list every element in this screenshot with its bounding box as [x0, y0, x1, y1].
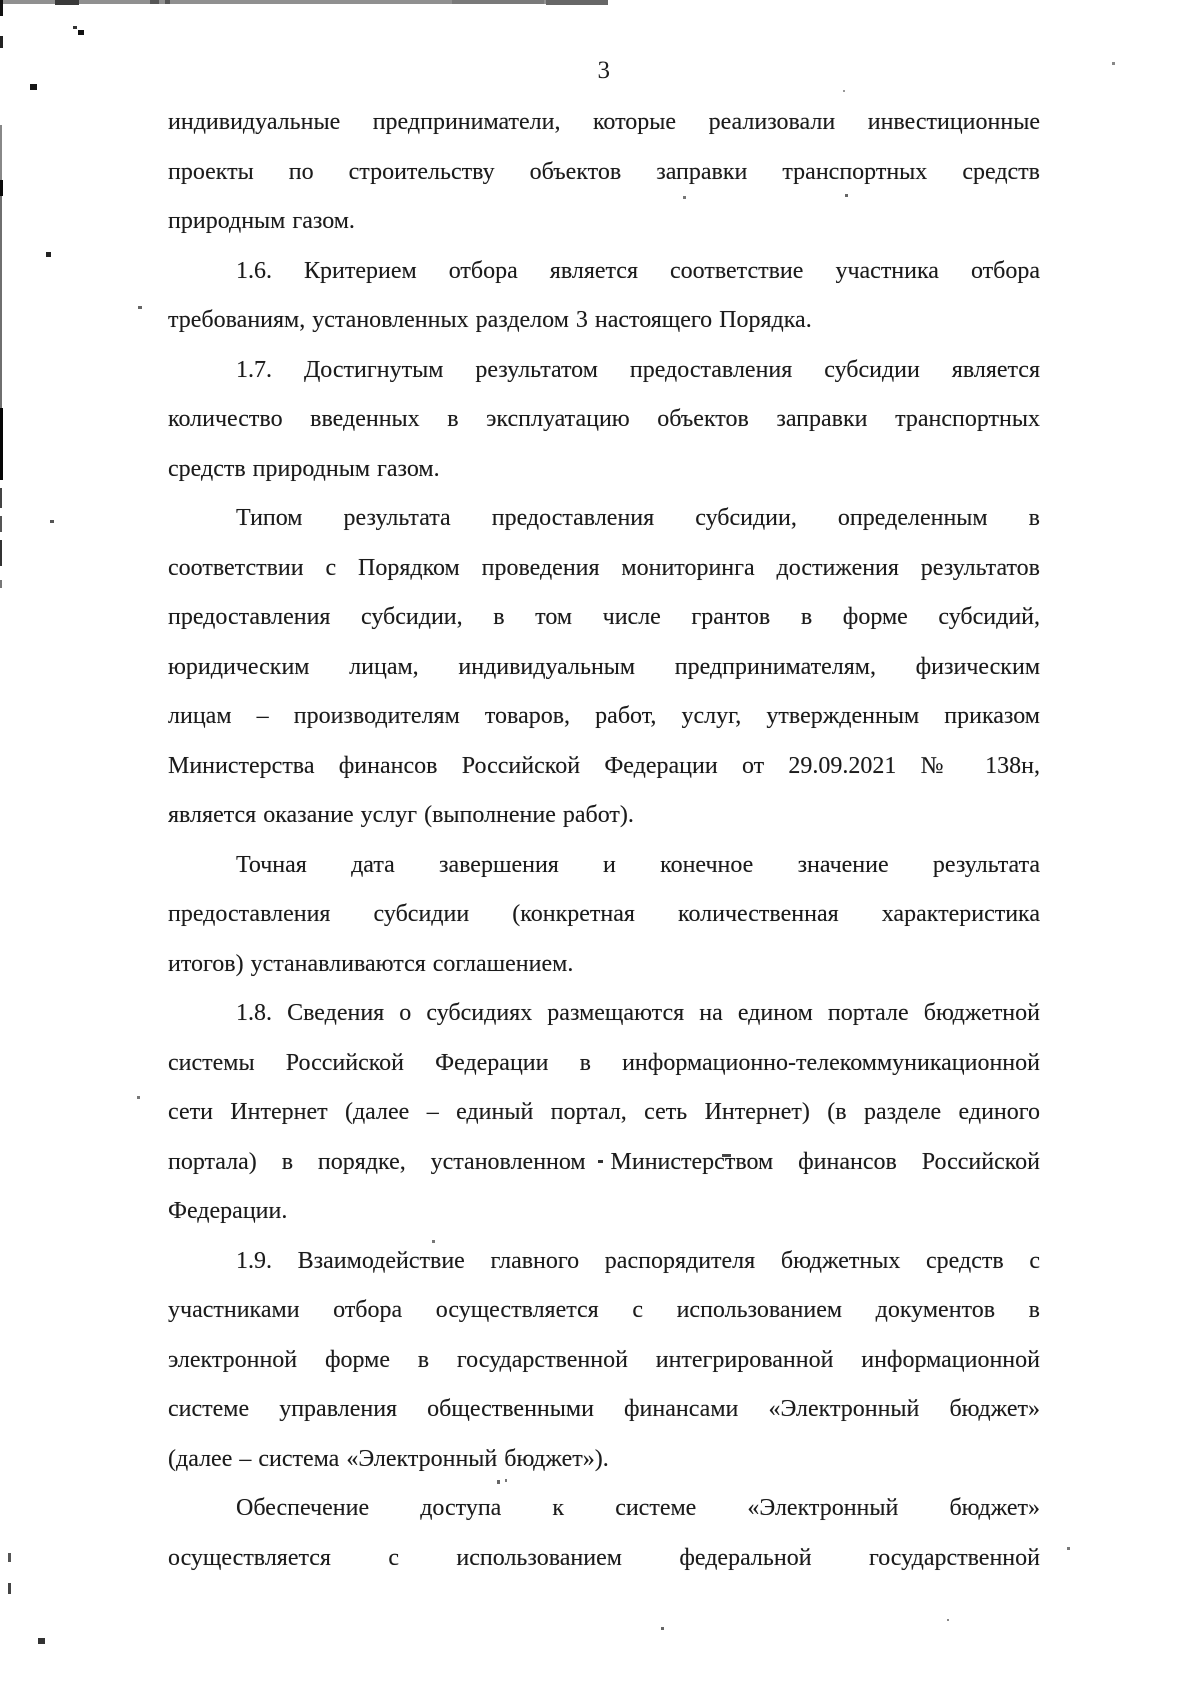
scan-artifact	[8, 1583, 11, 1594]
text-line: (далее – система «Электронный бюджет»).	[168, 1435, 1040, 1485]
text-line: проекты по строительству объектов заправ…	[168, 148, 1040, 198]
text-line: предоставления субсидии, в том числе гра…	[168, 593, 1040, 643]
text-line: электронной форме в государственной инте…	[168, 1336, 1040, 1386]
text-line: системе управления общественными финанса…	[168, 1385, 1040, 1435]
scan-artifact	[46, 252, 51, 257]
text-line: портала) в порядке, установленном Минист…	[168, 1138, 1040, 1188]
text-line: 1.7. Достигнутым результатом предоставле…	[168, 346, 1040, 396]
scan-artifact	[452, 0, 544, 4]
scan-artifact	[0, 196, 2, 408]
text-line: является оказание услуг (выполнение рабо…	[168, 791, 1040, 841]
text-line: индивидуальные предприниматели, которые …	[168, 98, 1040, 148]
scan-artifact	[78, 30, 84, 35]
scan-artifact	[947, 1619, 949, 1621]
scanned-document-page: 3 индивидуальные предприниматели, которы…	[0, 0, 1200, 1697]
scan-artifact	[55, 0, 79, 5]
scan-artifact	[843, 90, 845, 92]
text-line: требованиям, установленных разделом 3 на…	[168, 296, 1040, 346]
scan-artifact	[138, 306, 142, 309]
text-line: 1.6. Критерием отбора является соответст…	[168, 247, 1040, 297]
text-line: Министерства финансов Российской Федерац…	[168, 742, 1040, 792]
page-number: 3	[168, 57, 1040, 85]
text-line: Федерации.	[168, 1187, 1040, 1237]
text-line: предоставления субсидии (конкретная коли…	[168, 890, 1040, 940]
text-line: 1.9. Взаимодействие главного распорядите…	[168, 1237, 1040, 1287]
text-line: Обеспечение доступа к системе «Электронн…	[168, 1484, 1040, 1534]
scan-artifact	[150, 0, 159, 4]
scan-artifact	[1112, 62, 1115, 65]
scan-artifact	[0, 516, 2, 532]
text-line: осуществляется с использованием федераль…	[168, 1534, 1040, 1584]
text-line: участниками отбора осуществляется с испо…	[168, 1286, 1040, 1336]
text-line: итогов) устанавливаются соглашением.	[168, 940, 1040, 990]
scan-artifact	[0, 540, 2, 566]
scan-artifact	[50, 520, 54, 523]
scan-artifact	[73, 26, 77, 29]
scan-artifact	[8, 1553, 11, 1562]
text-line: лицам – производителям товаров, работ, у…	[168, 692, 1040, 742]
scan-artifact	[0, 408, 3, 480]
scan-artifact	[137, 1096, 140, 1099]
text-line: Типом результата предоставления субсидии…	[168, 494, 1040, 544]
scan-artifact	[165, 0, 170, 4]
scan-artifact	[0, 580, 2, 588]
text-line: природным газом.	[168, 197, 1040, 247]
scan-artifact	[38, 1638, 45, 1644]
scan-artifact	[1067, 1547, 1070, 1550]
text-line: юридическим лицам, индивидуальным предпр…	[168, 643, 1040, 693]
scan-artifact	[0, 0, 3, 16]
text-line: средств природным газом.	[168, 445, 1040, 495]
scan-artifact	[0, 0, 608, 4]
scan-artifact	[0, 180, 3, 196]
scan-artifact	[546, 0, 608, 5]
text-line: количество введенных в эксплуатацию объе…	[168, 395, 1040, 445]
text-line: системы Российской Федерации в информаци…	[168, 1039, 1040, 1089]
document-body-text: индивидуальные предприниматели, которые …	[168, 98, 1040, 1583]
text-line: сети Интернет (далее – единый портал, се…	[168, 1088, 1040, 1138]
scan-artifact	[0, 488, 2, 508]
scan-artifact	[0, 125, 2, 180]
text-line: соответствии с Порядком проведения монит…	[168, 544, 1040, 594]
scan-artifact	[661, 1627, 664, 1630]
text-line: 1.8. Сведения о субсидиях размещаются на…	[168, 989, 1040, 1039]
scan-artifact	[0, 36, 3, 48]
text-line: Точная дата завершения и конечное значен…	[168, 841, 1040, 891]
scan-artifact	[30, 84, 37, 90]
